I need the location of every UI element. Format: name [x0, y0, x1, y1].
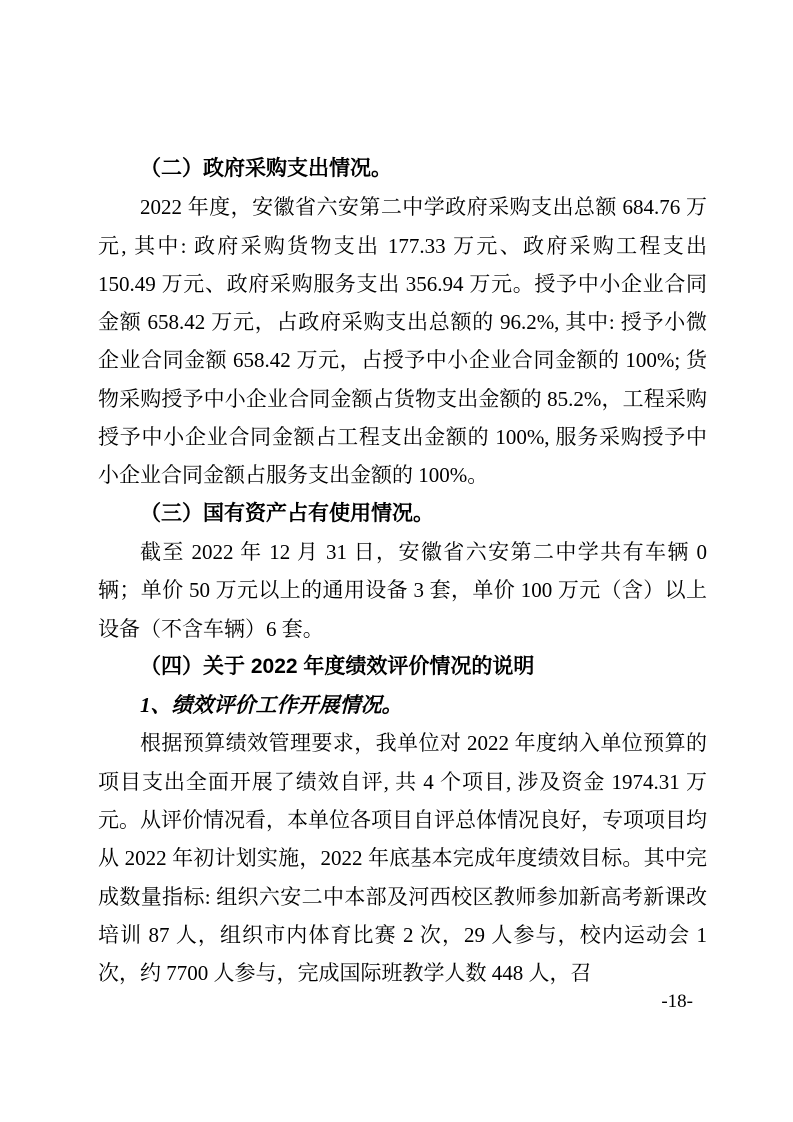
document-body: （二）政府采购支出情况。 2022 年度，安徽省六安第二中学政府采购支出总额 6…	[98, 150, 707, 993]
document-page: （二）政府采购支出情况。 2022 年度，安徽省六安第二中学政府采购支出总额 6…	[0, 0, 793, 1122]
para-performance-eval: 根据预算绩效管理要求，我单位对 2022 年度纳入单位预算的项目支出全面开展了绩…	[98, 724, 707, 992]
subheading-performance-eval-work: 1、绩效评价工作开展情况。	[98, 686, 707, 724]
section-heading-state-assets: （三）国有资产占有使用情况。	[98, 495, 707, 533]
para-state-assets: 截至 2022 年 12 月 31 日，安徽省六安第二中学共有车辆 0 辆；单价…	[98, 533, 707, 648]
para-gov-procurement: 2022 年度，安徽省六安第二中学政府采购支出总额 684.76 万元, 其中:…	[98, 188, 707, 494]
section-heading-performance-eval: （四）关于 2022 年度绩效评价情况的说明	[98, 648, 707, 686]
page-number: -18-	[661, 991, 693, 1013]
section-heading-gov-procurement: （二）政府采购支出情况。	[98, 150, 707, 188]
